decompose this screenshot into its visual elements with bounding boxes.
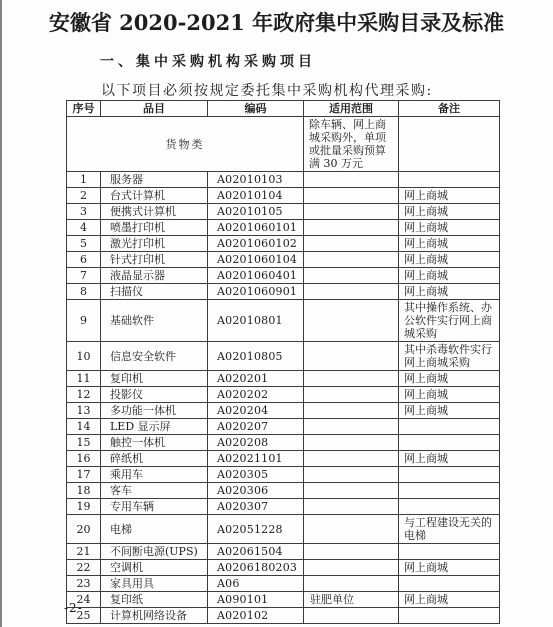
cell-item: 复印纸 bbox=[101, 592, 208, 608]
cell-code: A090101 bbox=[208, 592, 304, 608]
cell-code: A06 bbox=[208, 576, 304, 592]
cell-remark: 网上商城 bbox=[399, 387, 500, 403]
cell-code: A020208 bbox=[208, 435, 304, 451]
cell-scope bbox=[304, 268, 399, 284]
cell-code: A02061504 bbox=[208, 544, 304, 560]
cell-item: 服务器 bbox=[101, 172, 208, 188]
section-heading: 一、集中采购机构采购项目 bbox=[100, 51, 316, 71]
cell-code: A020306 bbox=[208, 483, 304, 499]
intro-text: 以下项目必须按规定委托集中采购机构代理采购: bbox=[101, 80, 433, 100]
cell-no: 17 bbox=[67, 467, 101, 483]
cell-scope bbox=[304, 236, 399, 252]
cell-scope bbox=[304, 371, 399, 387]
cell-remark bbox=[399, 172, 500, 188]
cell-no: 6 bbox=[67, 252, 101, 268]
cell-scope: 驻肥单位 bbox=[304, 592, 399, 608]
cell-code: A020204 bbox=[208, 403, 304, 419]
category-row: 货物类除车辆、网上商城采购外，单项或批量采购预算满 30 万元 bbox=[67, 117, 500, 172]
category-remark bbox=[399, 117, 500, 172]
cell-scope bbox=[304, 172, 399, 188]
table-row: 14LED 显示屏A020207 bbox=[67, 419, 500, 435]
cell-code: A02010801 bbox=[208, 300, 304, 342]
cell-scope bbox=[304, 188, 399, 204]
cell-item: 专用车辆 bbox=[101, 499, 208, 515]
table-row: 12投影仪A020202网上商城 bbox=[67, 387, 500, 403]
cell-code: A02010103 bbox=[208, 172, 304, 188]
cell-code: A020207 bbox=[208, 419, 304, 435]
table-row: 8扫描仪A0201060901网上商城 bbox=[67, 284, 500, 300]
cell-scope bbox=[304, 403, 399, 419]
cell-code: A020102 bbox=[208, 608, 304, 624]
cell-no: 9 bbox=[67, 300, 101, 342]
cell-scope bbox=[304, 300, 399, 342]
cell-item: 计算机网络设备 bbox=[101, 608, 208, 624]
cell-remark: 网上商城 bbox=[399, 188, 500, 204]
table-row: 2台式计算机A02010104网上商城 bbox=[67, 188, 500, 204]
cell-scope bbox=[304, 483, 399, 499]
cell-no: 18 bbox=[67, 483, 101, 499]
cell-item: 台式计算机 bbox=[101, 188, 208, 204]
cell-item: 便携式计算机 bbox=[101, 204, 208, 220]
cell-no: 11 bbox=[67, 371, 101, 387]
cell-no: 5 bbox=[67, 236, 101, 252]
cell-remark: 网上商城 bbox=[399, 284, 500, 300]
cell-scope bbox=[304, 467, 399, 483]
table-row: 11复印机A020201网上商城 bbox=[67, 371, 500, 387]
cell-item: 针式打印机 bbox=[101, 252, 208, 268]
cell-code: A0201060104 bbox=[208, 252, 304, 268]
cell-remark bbox=[399, 435, 500, 451]
cell-scope bbox=[304, 342, 399, 371]
category-label: 货物类 bbox=[67, 117, 304, 172]
table-row: 1服务器A02010103 bbox=[67, 172, 500, 188]
table-row: 25计算机网络设备A020102 bbox=[67, 608, 500, 624]
cell-code: A02010104 bbox=[208, 188, 304, 204]
cell-code: A020305 bbox=[208, 467, 304, 483]
cell-no: 14 bbox=[67, 419, 101, 435]
table-row: 18客车A020306 bbox=[67, 483, 500, 499]
cell-remark: 网上商城 bbox=[399, 451, 500, 467]
cell-item: 信息安全软件 bbox=[101, 342, 208, 371]
column-header: 备注 bbox=[399, 101, 500, 117]
cell-no: 8 bbox=[67, 284, 101, 300]
cell-remark: 网上商城 bbox=[399, 592, 500, 608]
cell-no: 12 bbox=[67, 387, 101, 403]
table-row: 17乘用车A020305 bbox=[67, 467, 500, 483]
cell-no: 10 bbox=[67, 342, 101, 371]
procurement-table: 序号品目编码适用范围备注 货物类除车辆、网上商城采购外，单项或批量采购预算满 3… bbox=[66, 100, 500, 624]
cell-item: 液晶显示器 bbox=[101, 268, 208, 284]
cell-scope bbox=[304, 608, 399, 624]
column-header: 品目 bbox=[101, 101, 208, 117]
cell-no: 19 bbox=[67, 499, 101, 515]
cell-scope bbox=[304, 204, 399, 220]
header-row: 序号品目编码适用范围备注 bbox=[67, 101, 500, 117]
cell-code: A0206180203 bbox=[208, 560, 304, 576]
cell-item: LED 显示屏 bbox=[101, 419, 208, 435]
cell-scope bbox=[304, 576, 399, 592]
category-scope: 除车辆、网上商城采购外，单项或批量采购预算满 30 万元 bbox=[304, 117, 399, 172]
cell-scope bbox=[304, 560, 399, 576]
cell-item: 电梯 bbox=[101, 515, 208, 544]
table-row: 19专用车辆A020307 bbox=[67, 499, 500, 515]
table-row: 10信息安全软件A02010805其中杀毒软件实行网上商城采购 bbox=[67, 342, 500, 371]
cell-remark bbox=[399, 467, 500, 483]
cell-no: 2 bbox=[67, 188, 101, 204]
cell-remark: 其中操作系统、办公软件实行网上商城采购 bbox=[399, 300, 500, 342]
cell-item: 复印机 bbox=[101, 371, 208, 387]
cell-remark: 网上商城 bbox=[399, 560, 500, 576]
cell-remark: 其中杀毒软件实行网上商城采购 bbox=[399, 342, 500, 371]
cell-scope bbox=[304, 284, 399, 300]
table-row: 13多功能一体机A020204网上商城 bbox=[67, 403, 500, 419]
table-row: 3便携式计算机A02010105网上商城 bbox=[67, 204, 500, 220]
table-row: 23家具用具A06 bbox=[67, 576, 500, 592]
cell-remark bbox=[399, 419, 500, 435]
cell-item: 基础软件 bbox=[101, 300, 208, 342]
cell-scope bbox=[304, 387, 399, 403]
cell-no: 1 bbox=[67, 172, 101, 188]
cell-item: 不间断电源(UPS) bbox=[101, 544, 208, 560]
cell-item: 碎纸机 bbox=[101, 451, 208, 467]
cell-item: 家具用具 bbox=[101, 576, 208, 592]
cell-item: 乘用车 bbox=[101, 467, 208, 483]
cell-scope bbox=[304, 220, 399, 236]
cell-remark: 网上商城 bbox=[399, 252, 500, 268]
table-body: 货物类除车辆、网上商城采购外，单项或批量采购预算满 30 万元1服务器A0201… bbox=[67, 117, 500, 624]
cell-remark: 网上商城 bbox=[399, 220, 500, 236]
table-header: 序号品目编码适用范围备注 bbox=[67, 101, 500, 117]
cell-item: 喷墨打印机 bbox=[101, 220, 208, 236]
cell-no: 4 bbox=[67, 220, 101, 236]
cell-remark: 网上商城 bbox=[399, 371, 500, 387]
column-header: 适用范围 bbox=[304, 101, 399, 117]
cell-code: A0201060401 bbox=[208, 268, 304, 284]
cell-code: A02021101 bbox=[208, 451, 304, 467]
cell-item: 空调机 bbox=[101, 560, 208, 576]
cell-remark: 网上商城 bbox=[399, 204, 500, 220]
cell-remark bbox=[399, 483, 500, 499]
table-row: 4喷墨打印机A0201060101网上商城 bbox=[67, 220, 500, 236]
table-row: 6针式打印机A0201060104网上商城 bbox=[67, 252, 500, 268]
cell-scope bbox=[304, 499, 399, 515]
cell-remark: 网上商城 bbox=[399, 403, 500, 419]
table-row: 5激光打印机A0201060102网上商城 bbox=[67, 236, 500, 252]
table-row: 9基础软件A02010801其中操作系统、办公软件实行网上商城采购 bbox=[67, 300, 500, 342]
cell-code: A0201060102 bbox=[208, 236, 304, 252]
cell-scope bbox=[304, 544, 399, 560]
cell-no: 22 bbox=[67, 560, 101, 576]
cell-no: 23 bbox=[67, 576, 101, 592]
table-row: 16碎纸机A02021101网上商城 bbox=[67, 451, 500, 467]
cell-code: A02010105 bbox=[208, 204, 304, 220]
table-row: 24复印纸A090101驻肥单位网上商城 bbox=[67, 592, 500, 608]
cell-code: A020307 bbox=[208, 499, 304, 515]
cell-no: 3 bbox=[67, 204, 101, 220]
cell-item: 激光打印机 bbox=[101, 236, 208, 252]
cell-scope bbox=[304, 435, 399, 451]
cell-item: 多功能一体机 bbox=[101, 403, 208, 419]
cell-no: 15 bbox=[67, 435, 101, 451]
cell-no: 7 bbox=[67, 268, 101, 284]
cell-remark: 与工程建设无关的电梯 bbox=[399, 515, 500, 544]
cell-code: A02010805 bbox=[208, 342, 304, 371]
cell-no: 20 bbox=[67, 515, 101, 544]
cell-remark bbox=[399, 499, 500, 515]
table-row: 15触控一体机A020208 bbox=[67, 435, 500, 451]
cell-scope bbox=[304, 252, 399, 268]
cell-scope bbox=[304, 419, 399, 435]
table-row: 22空调机A0206180203网上商城 bbox=[67, 560, 500, 576]
cell-remark: 网上商城 bbox=[399, 268, 500, 284]
cell-remark bbox=[399, 608, 500, 624]
scan-edge-artifact bbox=[0, 0, 2, 627]
cell-code: A020202 bbox=[208, 387, 304, 403]
cell-scope bbox=[304, 451, 399, 467]
cell-remark bbox=[399, 544, 500, 560]
cell-item: 投影仪 bbox=[101, 387, 208, 403]
cell-code: A0201060901 bbox=[208, 284, 304, 300]
cell-remark bbox=[399, 576, 500, 592]
cell-item: 客车 bbox=[101, 483, 208, 499]
document-title: 安徽省 2020-2021 年政府集中采购目录及标准 bbox=[0, 7, 553, 37]
cell-code: A0201060101 bbox=[208, 220, 304, 236]
cell-code: A02051228 bbox=[208, 515, 304, 544]
table-row: 7液晶显示器A0201060401网上商城 bbox=[67, 268, 500, 284]
cell-code: A020201 bbox=[208, 371, 304, 387]
column-header: 编码 bbox=[208, 101, 304, 117]
table-row: 21不间断电源(UPS)A02061504 bbox=[67, 544, 500, 560]
page-number: -2- bbox=[64, 601, 83, 615]
cell-item: 触控一体机 bbox=[101, 435, 208, 451]
document-page: 安徽省 2020-2021 年政府集中采购目录及标准 一、集中采购机构采购项目 … bbox=[0, 0, 553, 627]
cell-no: 13 bbox=[67, 403, 101, 419]
cell-item: 扫描仪 bbox=[101, 284, 208, 300]
cell-scope bbox=[304, 515, 399, 544]
cell-no: 16 bbox=[67, 451, 101, 467]
table-row: 20电梯A02051228与工程建设无关的电梯 bbox=[67, 515, 500, 544]
cell-remark: 网上商城 bbox=[399, 236, 500, 252]
cell-no: 21 bbox=[67, 544, 101, 560]
column-header: 序号 bbox=[67, 101, 101, 117]
